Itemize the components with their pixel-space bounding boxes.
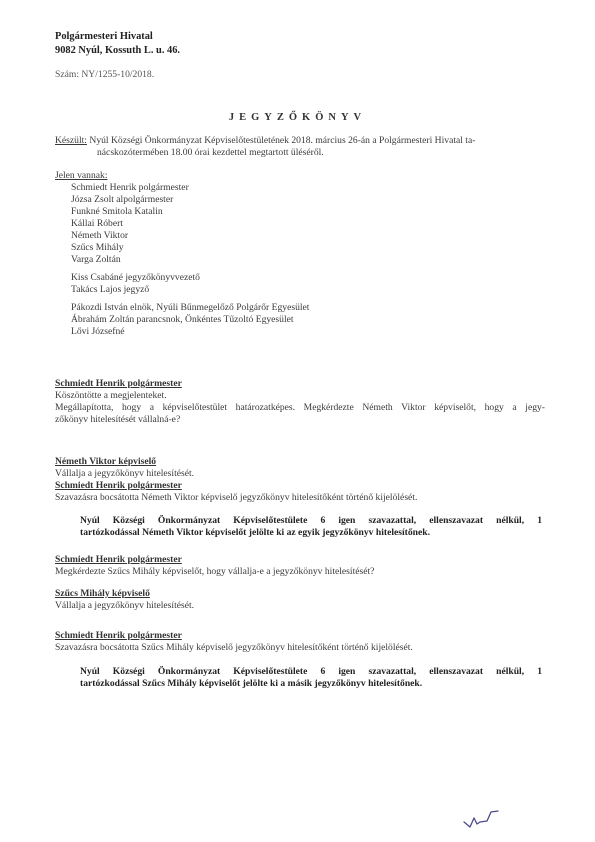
guests-list: Pákozdi István elnök, Nyúli Bűnmegelőző …: [55, 302, 309, 338]
speaker-name: Schmiedt Henrik polgármester: [55, 378, 545, 390]
reference-number: Szám: NY/1255-10/2018.: [55, 68, 154, 81]
attendee-item: Kállai Róbert: [55, 218, 309, 230]
speaker-name: Schmiedt Henrik polgármester: [55, 630, 545, 642]
attendee-item: Pákozdi István elnök, Nyúli Bűnmegelőző …: [55, 302, 309, 314]
speaker-name: Schmiedt Henrik polgármester: [55, 480, 545, 492]
attendee-item: Takács Lajos jegyző: [55, 284, 309, 296]
resolution-line: tartózkodással Szűcs Mihály képviselőt j…: [80, 678, 542, 690]
attendee-item: Ábrahám Zoltán parancsnok, Önkéntes Tűzo…: [55, 314, 309, 326]
minutes-line: Szavazásra bocsátotta Szűcs Mihály képvi…: [55, 642, 545, 654]
resolution-line: Nyúl Községi Önkormányzat Képviselőtestü…: [80, 666, 542, 678]
resolution-text: Nyúl Községi Önkormányzat Képviselőtestü…: [80, 515, 542, 539]
attendee-item: Funkné Smitola Katalin: [55, 206, 309, 218]
handwritten-signature-icon: [460, 800, 530, 834]
minutes-entry: Schmiedt Henrik polgármesterSzavazásra b…: [55, 480, 545, 504]
prepared-line-2: nácskozótermében 18.00 órai kezdettel me…: [55, 147, 545, 159]
minutes-line: Megállapította, hogy a képviselőtestület…: [55, 402, 545, 414]
minutes-line: zőkönyv hitelesítését vállalná-e?: [55, 414, 545, 426]
speaker-name: Szűcs Mihály képviselő: [55, 588, 545, 600]
attendees-label: Jelen vannak:: [55, 170, 309, 182]
prepared-label: Készült:: [55, 135, 87, 146]
minutes-line: Megkérdezte Szűcs Mihály képviselőt, hog…: [55, 566, 545, 578]
attendee-item: Schmiedt Henrik polgármester: [55, 182, 309, 194]
minutes-line: Vállalja a jegyzőkönyv hitelesítését.: [55, 468, 545, 480]
attendee-item: Kiss Csabáné jegyzőkönyvvezető: [55, 272, 309, 284]
attendees-section: Jelen vannak: Schmiedt Henrik polgármest…: [55, 170, 309, 338]
office-name: Polgármesteri Hivatal: [55, 30, 153, 43]
prepared-statement: Készült: Nyúl Községi Önkormányzat Képvi…: [55, 135, 545, 159]
attendee-item: Józsa Zsolt alpolgármester: [55, 194, 309, 206]
minutes-entry: Szűcs Mihály képviselőVállalja a jegyzők…: [55, 588, 545, 612]
office-address: 9082 Nyúl, Kossuth L. u. 46.: [55, 44, 180, 57]
minutes-entry: Schmiedt Henrik polgármesterMegkérdezte …: [55, 554, 545, 578]
attendee-item: Németh Viktor: [55, 230, 309, 242]
minutes-entry: Németh Viktor képviselőVállalja a jegyző…: [55, 456, 545, 480]
attendee-item: Varga Zoltán: [55, 254, 309, 266]
minutes-line: Szavazásra bocsátotta Németh Viktor képv…: [55, 492, 545, 504]
members-list: Schmiedt Henrik polgármesterJózsa Zsolt …: [55, 182, 309, 266]
attendee-item: Szűcs Mihály: [55, 242, 309, 254]
minutes-line: Köszöntötte a megjelenteket.: [55, 390, 545, 402]
resolution-line: Nyúl Községi Önkormányzat Képviselőtestü…: [80, 515, 542, 527]
minutes-line: Vállalja a jegyzőkönyv hitelesítését.: [55, 600, 545, 612]
speaker-name: Németh Viktor képviselő: [55, 456, 545, 468]
resolution-line: tartózkodással Németh Viktor képviselőt …: [80, 527, 542, 539]
attendee-item: Lővi Józsefné: [55, 326, 309, 338]
document-title: JEGYZŐKÖNYV: [0, 112, 595, 124]
prepared-line-1: Nyúl Községi Önkormányzat Képviselőtestü…: [89, 135, 475, 146]
resolution-text: Nyúl Községi Önkormányzat Képviselőtestü…: [80, 666, 542, 690]
minutes-entry: Schmiedt Henrik polgármesterKöszöntötte …: [55, 378, 545, 426]
minutes-entry: Schmiedt Henrik polgármesterSzavazásra b…: [55, 630, 545, 654]
staff-list: Kiss Csabáné jegyzőkönyvvezetőTakács Laj…: [55, 272, 309, 296]
speaker-name: Schmiedt Henrik polgármester: [55, 554, 545, 566]
